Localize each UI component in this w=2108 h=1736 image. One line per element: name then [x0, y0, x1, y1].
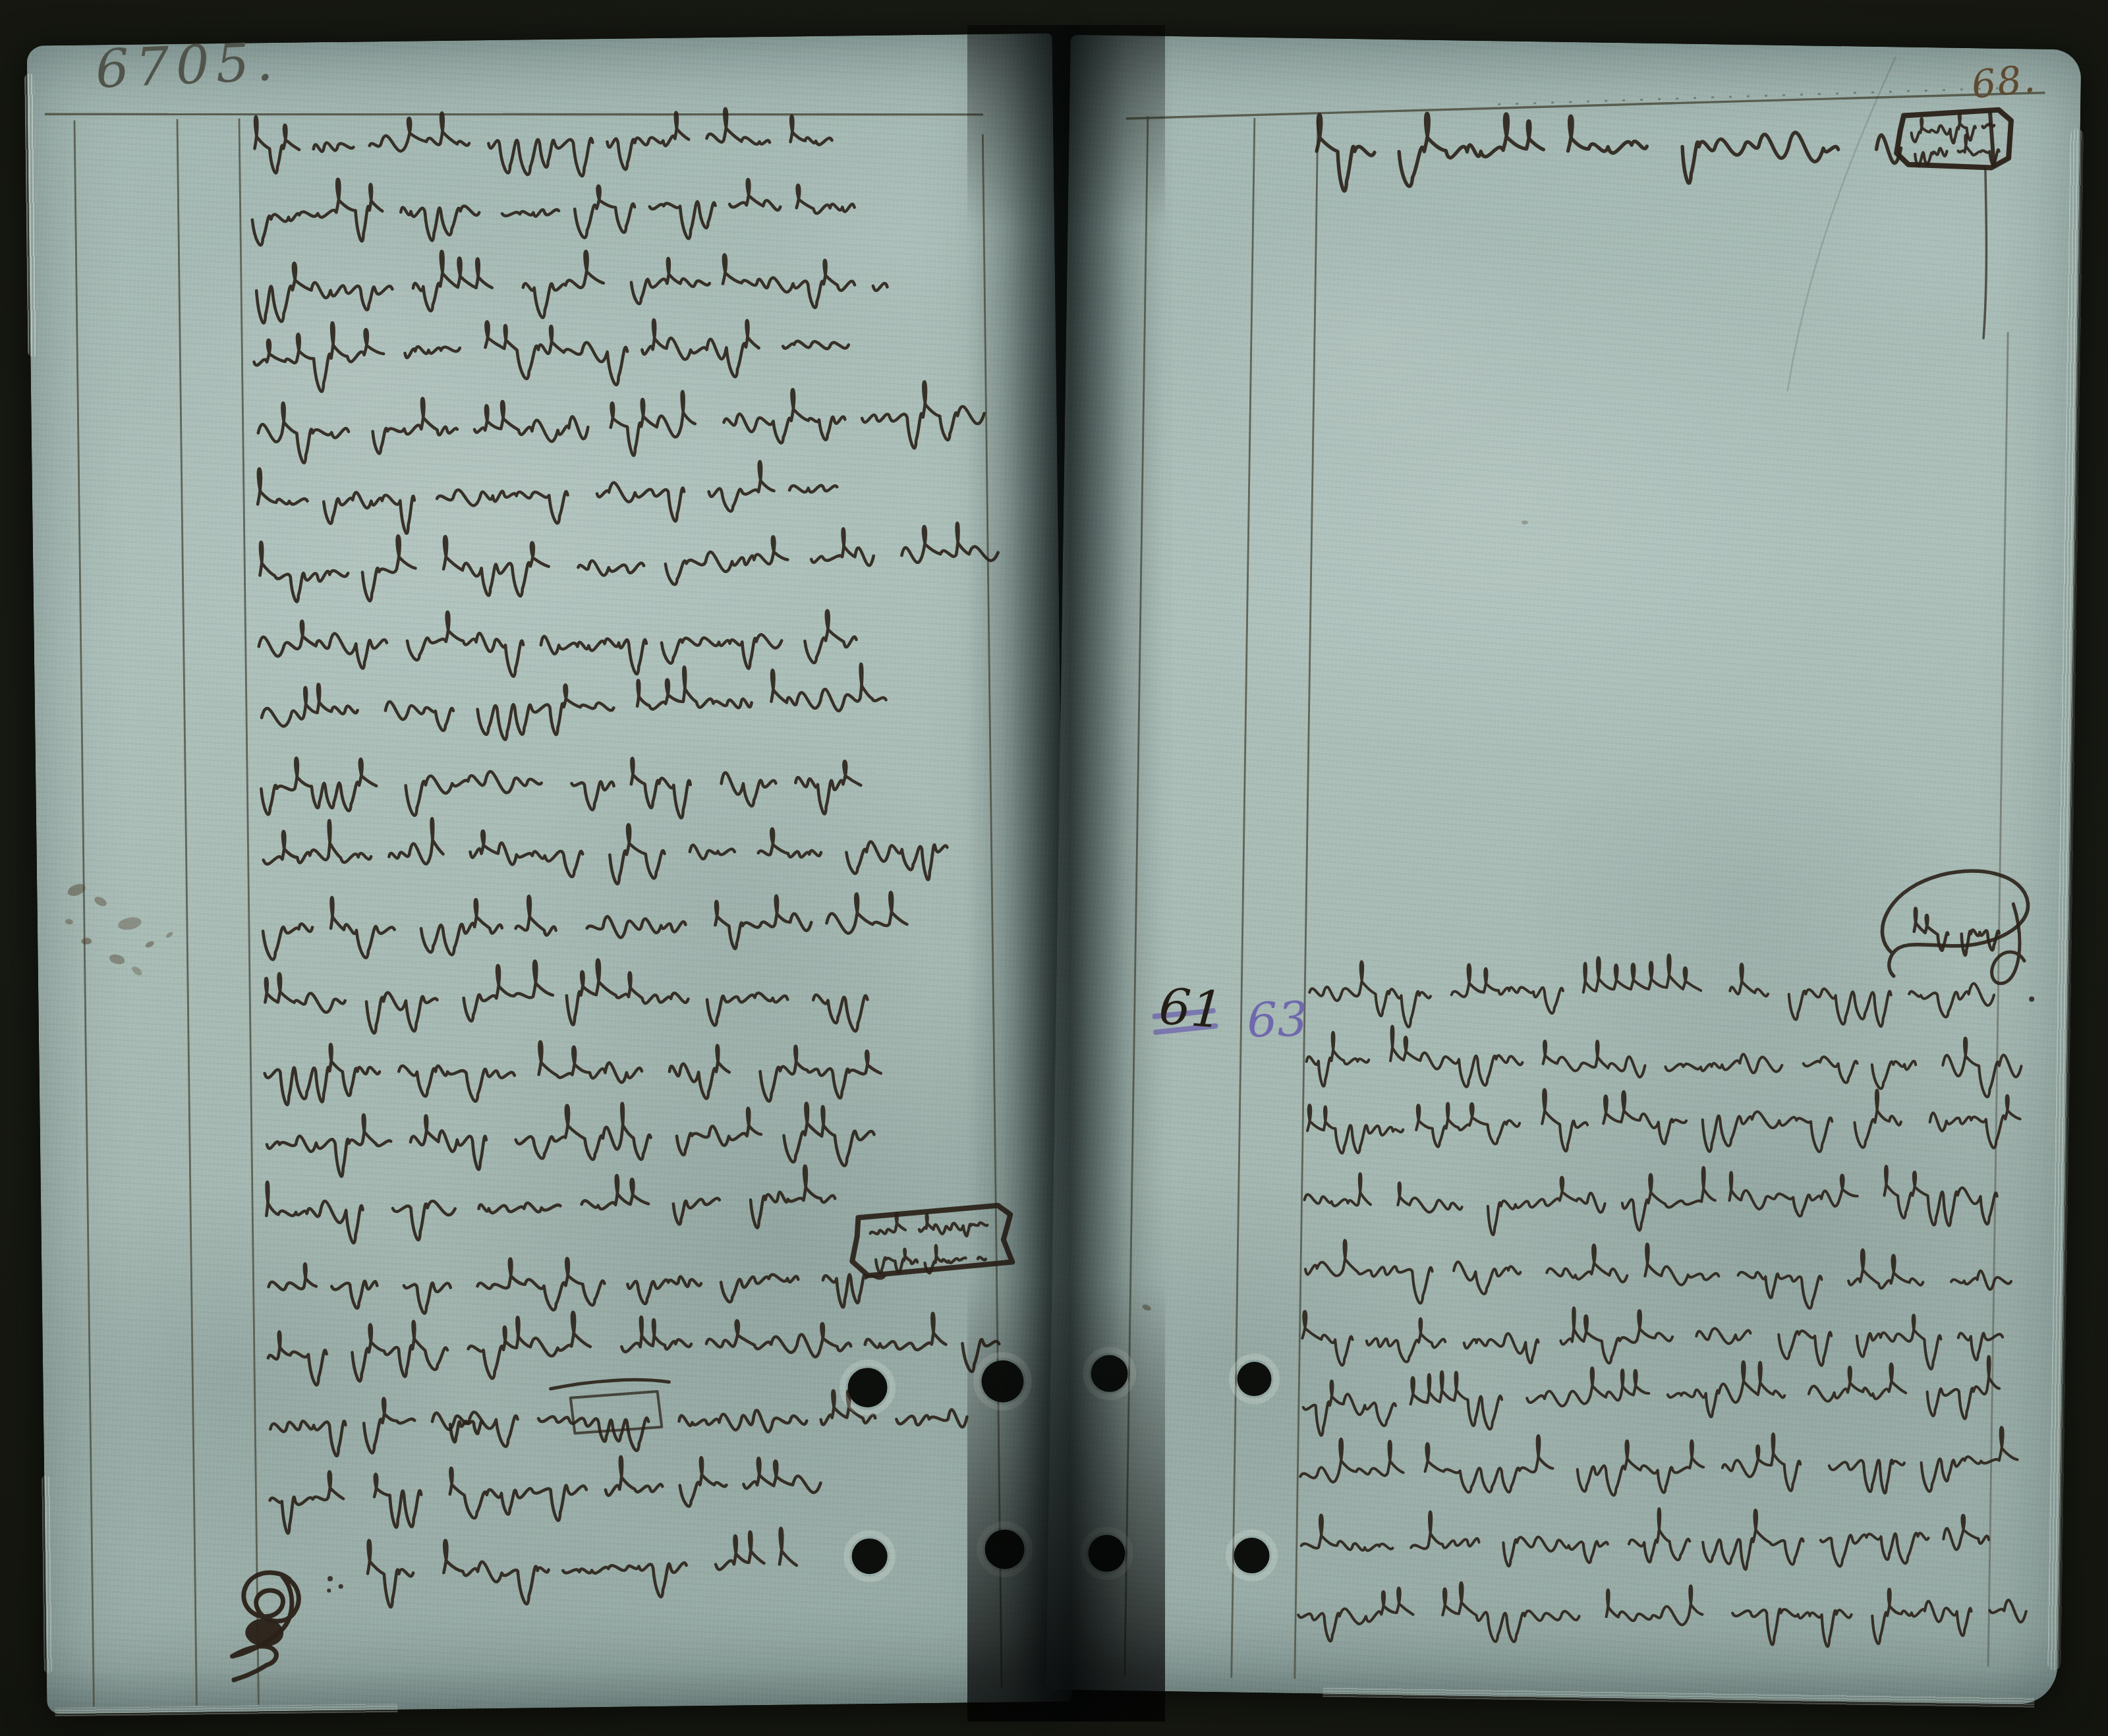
handwriting-line [266, 1100, 897, 1177]
ink-dot [327, 1588, 331, 1592]
right-page-ink-layer [1046, 35, 2081, 1704]
handwriting-fragment [1914, 908, 2009, 955]
ink-offset-stain [93, 895, 108, 908]
handwriting-line [1305, 1239, 2039, 1312]
handwriting-line [261, 663, 905, 742]
ruled-top-line [1126, 79, 2045, 132]
handwriting-line [1307, 1082, 2049, 1164]
ruled-margin-line [1988, 332, 2008, 1667]
folio-number-left: 6705. [94, 31, 281, 100]
ink-dot [339, 1584, 343, 1588]
ruled-margin-line [983, 134, 1002, 1688]
ruled-margin-line [1232, 118, 1255, 1678]
case-number-old: 61 [1157, 976, 1224, 1039]
handwriting-line [1298, 1580, 2047, 1652]
handwriting-line [252, 173, 886, 246]
left-page: 6705. [27, 34, 1073, 1714]
punch-hole [981, 1360, 1024, 1403]
ink-offset-stain [117, 916, 143, 932]
signature-flourish [1881, 870, 2028, 978]
signature-tail [1991, 904, 2025, 984]
ink-dot [328, 1576, 333, 1581]
handwriting-line [1309, 949, 2020, 1036]
handwriting-line [258, 381, 1002, 463]
handwriting-line [254, 107, 855, 180]
punch-hole [1234, 1538, 1270, 1574]
ink-offset-stain [81, 938, 92, 944]
paper-crease [1788, 56, 1896, 392]
handwriting-line [268, 1306, 1031, 1386]
left-page-ink-layer [27, 34, 1073, 1714]
handwriting-line [260, 522, 1013, 602]
ink-offset-stain [108, 953, 126, 965]
ruled-margin-line [239, 119, 258, 1705]
punch-hole [847, 1368, 888, 1408]
ruled-margin-line [177, 119, 196, 1706]
handwriting-fragment [1316, 111, 1938, 200]
handwriting-line [265, 956, 897, 1038]
handwriting-line [266, 1165, 855, 1245]
handwriting-line [270, 1454, 852, 1534]
ruled-margin-line [1125, 117, 1148, 1677]
folio-number-right: 68. [1969, 56, 2038, 107]
right-page: 68. 61 63 [1046, 35, 2081, 1704]
ruled-margin-line [74, 121, 94, 1707]
handwriting-line [258, 607, 876, 679]
ink-run [1983, 168, 1988, 338]
handwriting-line [263, 812, 973, 888]
word-box [571, 1391, 662, 1434]
punch-hole [1091, 1355, 1128, 1392]
handwriting-line [256, 246, 906, 323]
handwriting-line [1303, 1346, 2024, 1445]
punch-hole [1237, 1362, 1272, 1397]
handwriting-line [367, 1528, 815, 1608]
ink-offset-stain [65, 918, 73, 925]
handwriting-line [264, 1038, 897, 1107]
handwriting-line [254, 316, 870, 393]
punch-hole [1088, 1534, 1125, 1572]
ink-offset-stain [1141, 1303, 1152, 1311]
ruled-margin-line [1295, 119, 1318, 1679]
punch-hole [851, 1538, 888, 1575]
ink-offset-stain [144, 940, 155, 949]
handwriting-line [268, 1254, 904, 1315]
handwriting-line [1304, 1158, 2014, 1243]
punch-hole [984, 1529, 1025, 1569]
handwriting-line [1302, 1304, 2027, 1376]
case-number-new: 63 [1247, 992, 1308, 1048]
ink-offset-stain [165, 931, 173, 939]
handwriting-line [1306, 1025, 2037, 1098]
handwriting-line [262, 890, 935, 960]
handwriting-fragment [450, 1421, 493, 1442]
handwriting-line [1300, 1417, 2045, 1502]
handwriting-line [257, 460, 869, 535]
ink-offset-stain [1522, 520, 1528, 524]
manuscript-scan: 6705. 68. 61 63 [0, 0, 2108, 1736]
word-overline [550, 1380, 669, 1389]
handwriting-line [261, 751, 875, 823]
ink-dot [2029, 996, 2034, 1001]
ink-offset-stain [130, 965, 144, 977]
ruled-top-line [45, 103, 983, 126]
handwriting-line [270, 1389, 994, 1457]
handwriting-line [1301, 1503, 2017, 1574]
